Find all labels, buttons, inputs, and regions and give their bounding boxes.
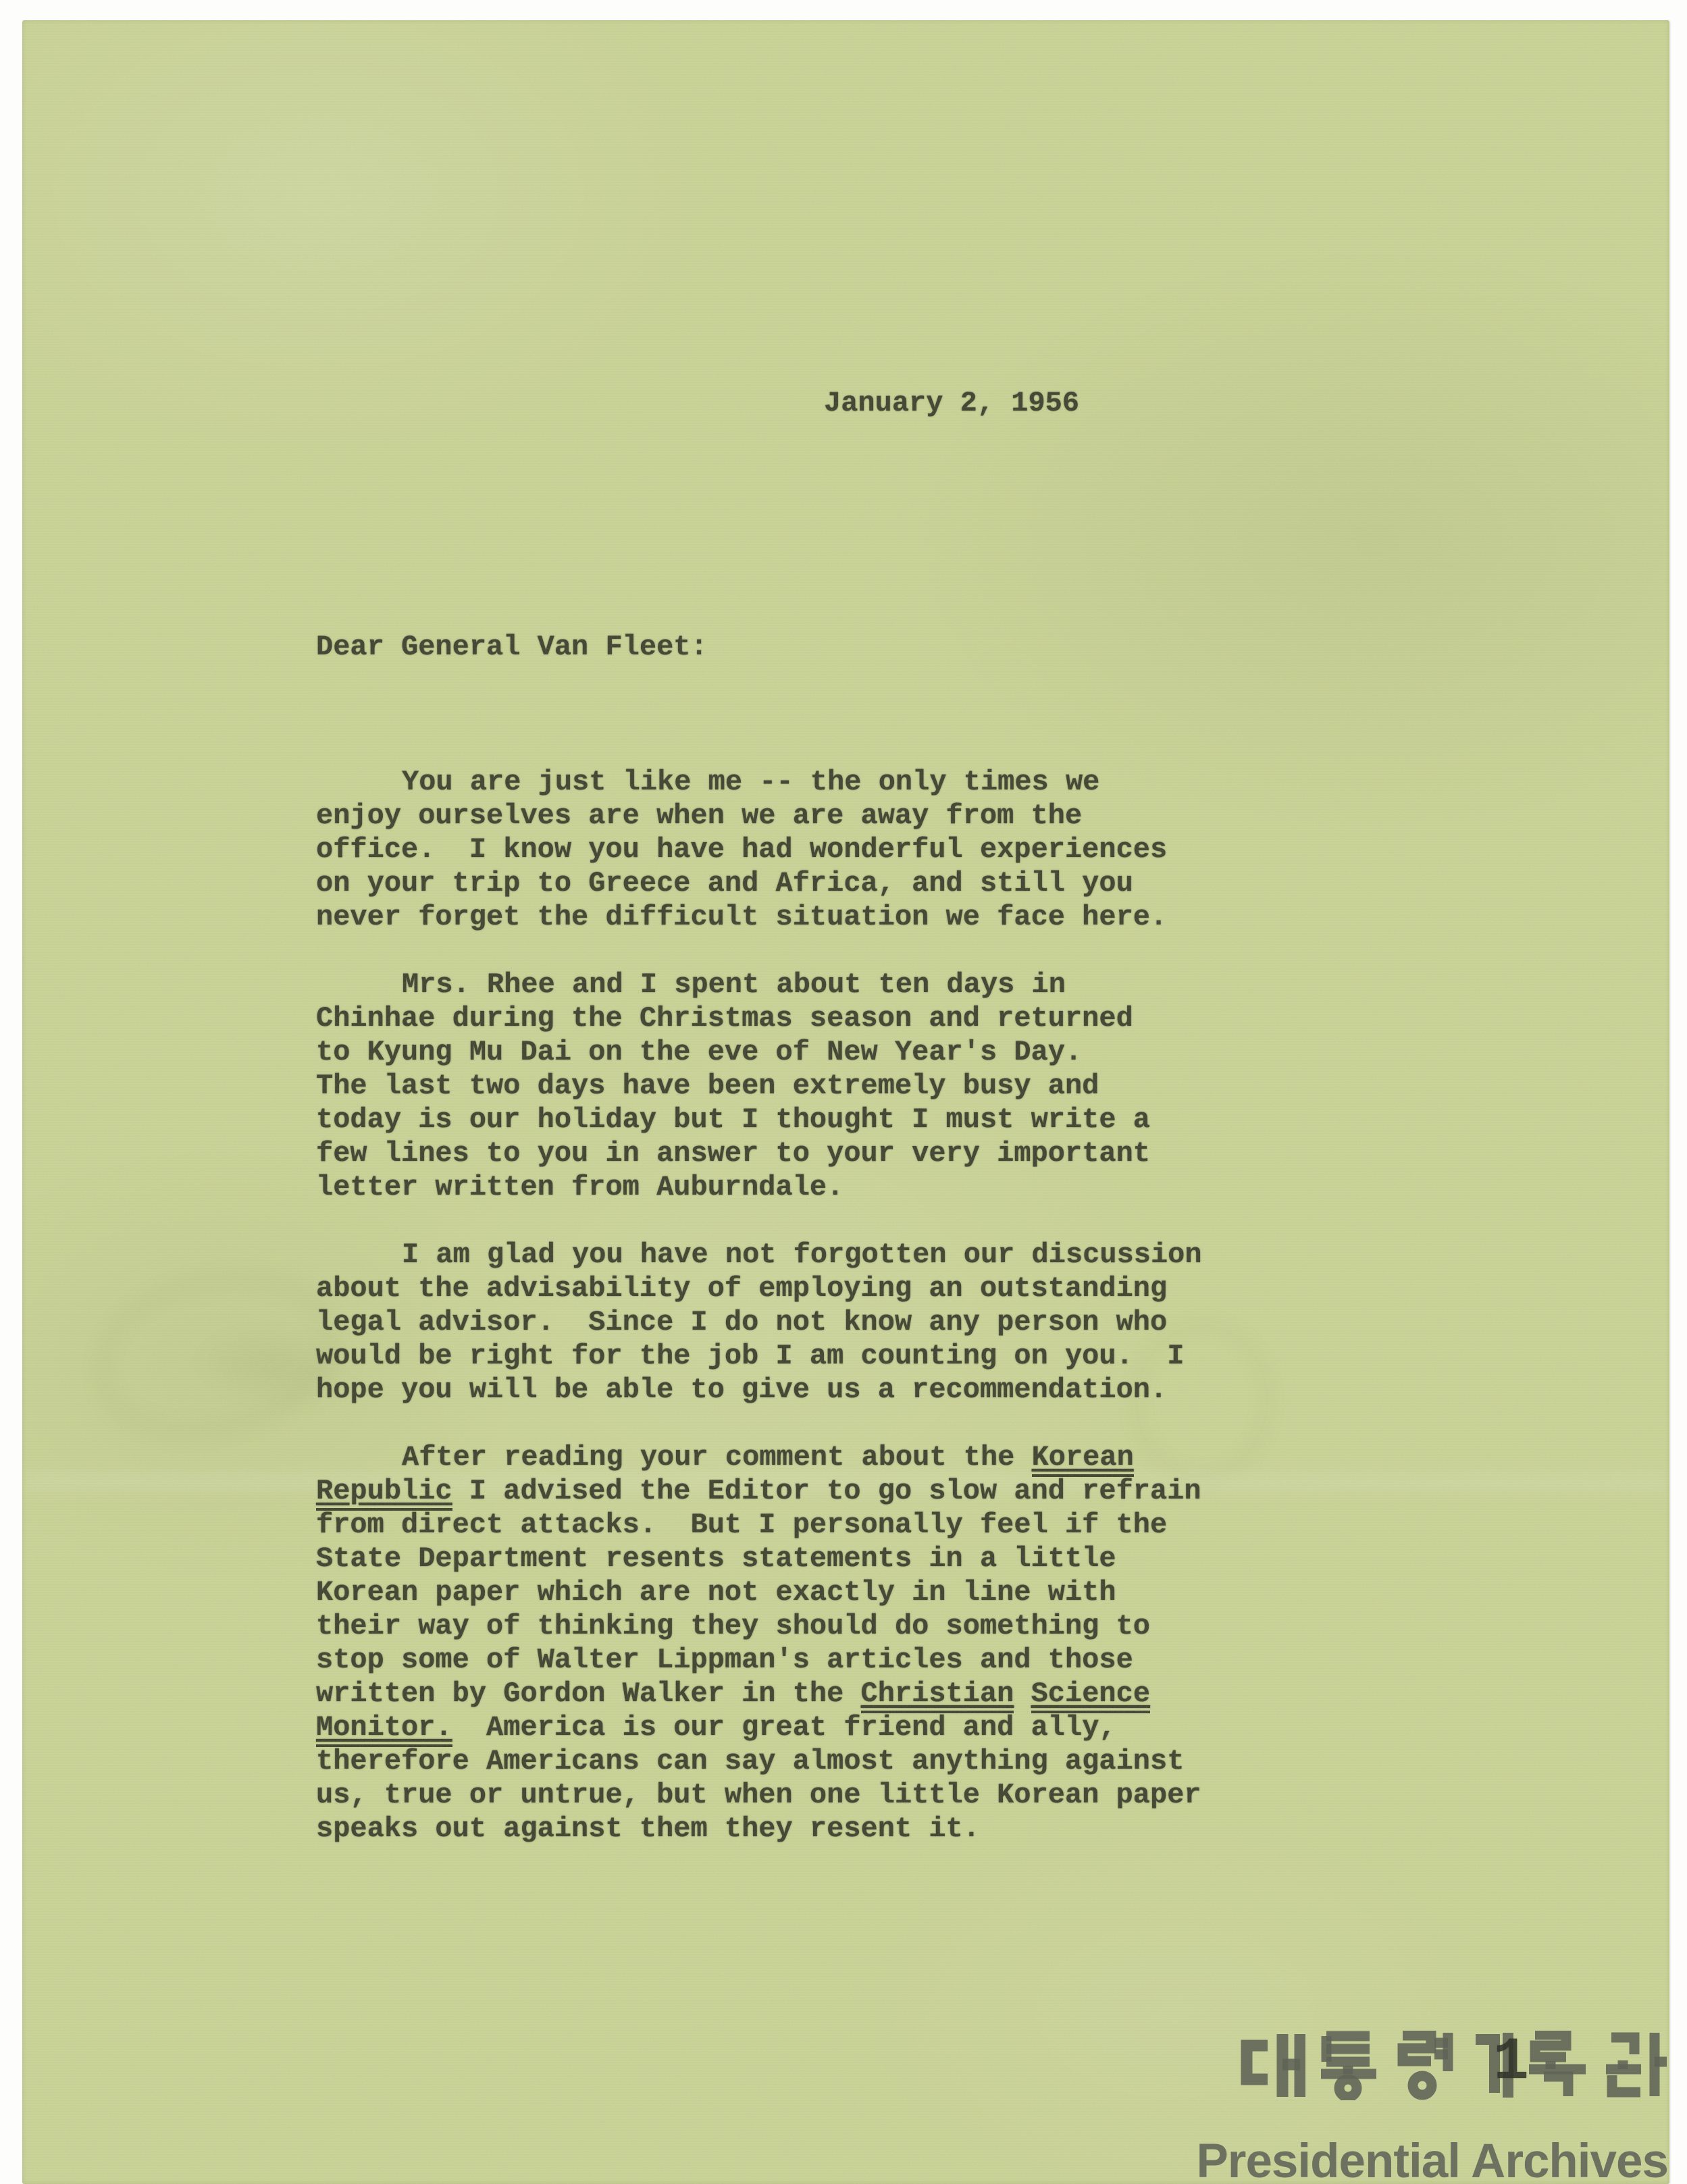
underlined-phrase: Monitor. — [316, 1711, 452, 1747]
letter-line: You are just like me -- the only times w… — [316, 765, 1202, 799]
letter-body: Dear General Van Fleet: You are just lik… — [316, 563, 1202, 1913]
hangul-tong-glyph — [1316, 2031, 1383, 2100]
letter-line: stop some of Walter Lippman's articles a… — [316, 1643, 1202, 1677]
letter-line: I am glad you have not forgotten our dis… — [316, 1238, 1202, 1272]
underlined-phrase: Christian — [861, 1678, 1014, 1713]
letter-line: Republic I advised the Editor to go slow… — [316, 1474, 1202, 1508]
letter-paper-sheet: January 2, 1956 Dear General Van Fleet: … — [22, 20, 1669, 2184]
letter-text-segment: State Department resents statements in a… — [316, 1542, 1116, 1575]
letter-line: on your trip to Greece and Africa, and s… — [316, 866, 1202, 900]
letter-text-segment — [1014, 1678, 1031, 1710]
letter-text-segment: us, true or untrue, but when one little … — [316, 1779, 1201, 1811]
letter-paragraph: I am glad you have not forgotten our dis… — [316, 1238, 1202, 1407]
letter-text-segment: stop some of Walter Lippman's articles a… — [316, 1644, 1133, 1676]
letter-line: never forget the difficult situation we … — [316, 900, 1202, 934]
letter-text-segment: to Kyung Mu Dai on the eve of New Year's… — [316, 1036, 1082, 1068]
letter-line: would be right for the job I am counting… — [316, 1339, 1202, 1373]
letter-line: After reading your comment about the Kor… — [316, 1440, 1202, 1474]
letter-text-segment: Korean paper which are not exactly in li… — [316, 1576, 1116, 1609]
letter-line: about the advisability of employing an o… — [316, 1272, 1202, 1305]
letter-text-segment: Mrs. Rhee and I spent about ten days in — [402, 968, 1066, 1001]
letter-text-segment: never forget the difficult situation we … — [316, 901, 1167, 933]
letter-text-segment: hope you will be able to give us a recom… — [316, 1374, 1167, 1406]
letter-text-segment: America is our great friend and ally, — [452, 1711, 1116, 1744]
letter-line: enjoy ourselves are when we are away fro… — [316, 799, 1202, 833]
bleed-through-mark — [98, 1258, 336, 1450]
letter-text-segment: speaks out against them they resent it. — [316, 1813, 980, 1845]
letter-line: to Kyung Mu Dai on the eve of New Year's… — [316, 1035, 1202, 1069]
letter-paragraph: After reading your comment about the Kor… — [316, 1440, 1202, 1846]
letter-line: letter written from Auburndale. — [316, 1170, 1202, 1204]
letter-line: hope you will be able to give us a recom… — [316, 1373, 1202, 1407]
korean-watermark-icon — [1238, 2031, 1670, 2100]
letter-text-segment: on your trip to Greece and Africa, and s… — [316, 867, 1133, 900]
letter-line: written by Gordon Walker in the Christia… — [316, 1677, 1202, 1711]
letter-text-segment: legal advisor. Since I do not know any p… — [316, 1306, 1167, 1338]
letter-text-segment: therefore Americans can say almost anyth… — [316, 1745, 1184, 1777]
letter-line: State Department resents statements in a… — [316, 1542, 1202, 1576]
letter-salutation: Dear General Van Fleet: — [316, 630, 1202, 664]
letter-line: The last two days have been extremely bu… — [316, 1069, 1202, 1103]
letter-text-segment: letter written from Auburndale. — [316, 1171, 843, 1203]
underlined-phrase: Republic — [316, 1475, 452, 1511]
letter-paragraph: You are just like me -- the only times w… — [316, 765, 1202, 934]
letter-text-segment: office. I know you have had wonderful ex… — [316, 833, 1167, 866]
letter-line: speaks out against them they resent it. — [316, 1812, 1202, 1846]
letter-text-segment: The last two days have been extremely bu… — [316, 1070, 1099, 1102]
letter-line: few lines to you in answer to your very … — [316, 1137, 1202, 1170]
letter-line: Korean paper which are not exactly in li… — [316, 1576, 1202, 1609]
hangul-ryeong-glyph — [1393, 2031, 1461, 2100]
letter-text-segment: written by Gordon Walker in the — [316, 1678, 861, 1710]
underlined-phrase: Science — [1031, 1678, 1150, 1713]
underlined-phrase: Korean — [1032, 1441, 1134, 1477]
letter-text-segment: today is our holiday but I thought I mus… — [316, 1103, 1150, 1136]
letter-paragraph: Mrs. Rhee and I spent about ten days inC… — [316, 968, 1202, 1204]
letter-paragraphs: You are just like me -- the only times w… — [316, 765, 1202, 1846]
watermark-english-label: Presidential Archives — [1196, 2137, 1668, 2184]
letter-text-segment: would be right for the job I am counting… — [316, 1340, 1184, 1372]
hangul-gwan-glyph — [1601, 2031, 1670, 2100]
letter-text-segment: few lines to you in answer to your very … — [316, 1137, 1150, 1170]
letter-line: us, true or untrue, but when one little … — [316, 1778, 1202, 1812]
letter-line: their way of thinking they should do som… — [316, 1609, 1202, 1643]
letter-text-segment: from direct attacks. But I personally fe… — [316, 1509, 1167, 1541]
letter-text-segment: enjoy ourselves are when we are away fro… — [316, 800, 1082, 832]
page-number: 1 — [1493, 2033, 1529, 2093]
letter-text-segment: After reading your comment about the — [402, 1441, 1032, 1474]
letter-line: therefore Americans can say almost anyth… — [316, 1744, 1202, 1778]
scanned-letter-page: January 2, 1956 Dear General Van Fleet: … — [0, 0, 1687, 2184]
letter-text-segment: about the advisability of employing an o… — [316, 1272, 1167, 1305]
letter-line: office. I know you have had wonderful ex… — [316, 833, 1202, 866]
letter-text-segment: their way of thinking they should do som… — [316, 1610, 1150, 1642]
letter-line: legal advisor. Since I do not know any p… — [316, 1305, 1202, 1339]
letter-text-segment: I advised the Editor to go slow and refr… — [452, 1475, 1201, 1507]
letter-text-segment: Chinhae during the Christmas season and … — [316, 1002, 1133, 1035]
letter-text-segment: I am glad you have not forgotten our dis… — [402, 1239, 1202, 1271]
letter-line: from direct attacks. But I personally fe… — [316, 1508, 1202, 1542]
archives-watermark: 대통령기록관 — [1238, 2031, 1670, 2184]
hangul-rok-glyph — [1524, 2031, 1591, 2100]
hangul-dae-glyph — [1238, 2031, 1305, 2100]
letter-text-segment: You are just like me -- the only times w… — [402, 766, 1099, 798]
letter-line: Monitor. America is our great friend and… — [316, 1711, 1202, 1744]
letter-line: Mrs. Rhee and I spent about ten days in — [316, 968, 1202, 1002]
letter-line: today is our holiday but I thought I mus… — [316, 1103, 1202, 1137]
letter-line: Chinhae during the Christmas season and … — [316, 1002, 1202, 1035]
letter-date: January 2, 1956 — [824, 386, 1079, 420]
